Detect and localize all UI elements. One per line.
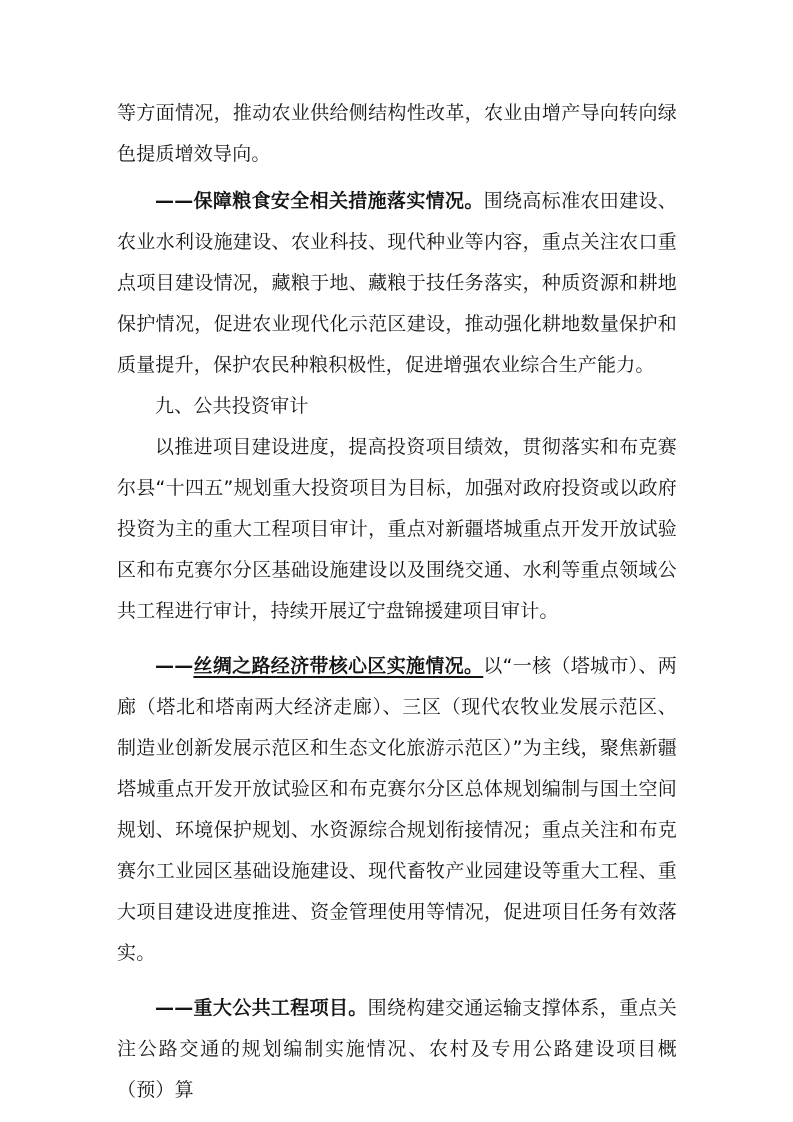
paragraph-agriculture-reform-continued: 等方面情况，推动农业供给侧结构性改革，农业由增产导向转向绿色提质增效导向。 (117, 93, 677, 175)
paragraph-grain-security: ——保障粮食安全相关措施落实情况。围绕高标准农田建设、农业水利设施建设、农业科技… (117, 181, 677, 386)
emphasis-text-run: 丝绸之路经济带核心区实施情况。 (193, 655, 483, 677)
section-heading-public-investment-audit: 九、公共投资审计 (117, 386, 677, 427)
text-run: 围绕高标准农田建设、农业水利设施建设、农业科技、现代种业等内容，重点关注农口重点… (117, 190, 677, 376)
text-run: 等方面情况，推动农业供给侧结构性改革，农业由增产导向转向绿色提质增效导向。 (117, 102, 677, 165)
document-body: 等方面情况，推动农业供给侧结构性改革，农业由增产导向转向绿色提质增效导向。——保… (117, 93, 677, 1111)
paragraph-major-public-works: ——重大公共工程项目。围绕构建交通运输支撑体系，重点关注公路交通的规划编制实施情… (117, 988, 677, 1111)
emphasis-text-run: —— (155, 655, 193, 677)
text-run: 以“一核（塔城市）、两廊（塔北和塔南两大经济走廊）、三区（现代农牧业发展示范区、… (117, 655, 677, 964)
document-page: 等方面情况，推动农业供给侧结构性改革，农业由增产导向转向绿色提质增效导向。——保… (0, 0, 793, 1122)
text-run: 以推进项目建设进度，提高投资项目绩效，贯彻落实和布克赛尔县“十四五”规划重大投资… (117, 436, 677, 622)
emphasis-text-run: ——保障粮食安全相关措施落实情况。 (155, 190, 484, 212)
paragraph-investment-audit-overview: 以推进项目建设进度，提高投资项目绩效，贯彻落实和布克赛尔县“十四五”规划重大投资… (117, 427, 677, 632)
emphasis-text-run: ——重大公共工程项目。 (155, 997, 368, 1019)
paragraph-silk-road-core-area: ——丝绸之路经济带核心区实施情况。以“一核（塔城市）、两廊（塔北和塔南两大经济走… (117, 646, 677, 974)
text-run: 九、公共投资审计 (155, 395, 309, 417)
